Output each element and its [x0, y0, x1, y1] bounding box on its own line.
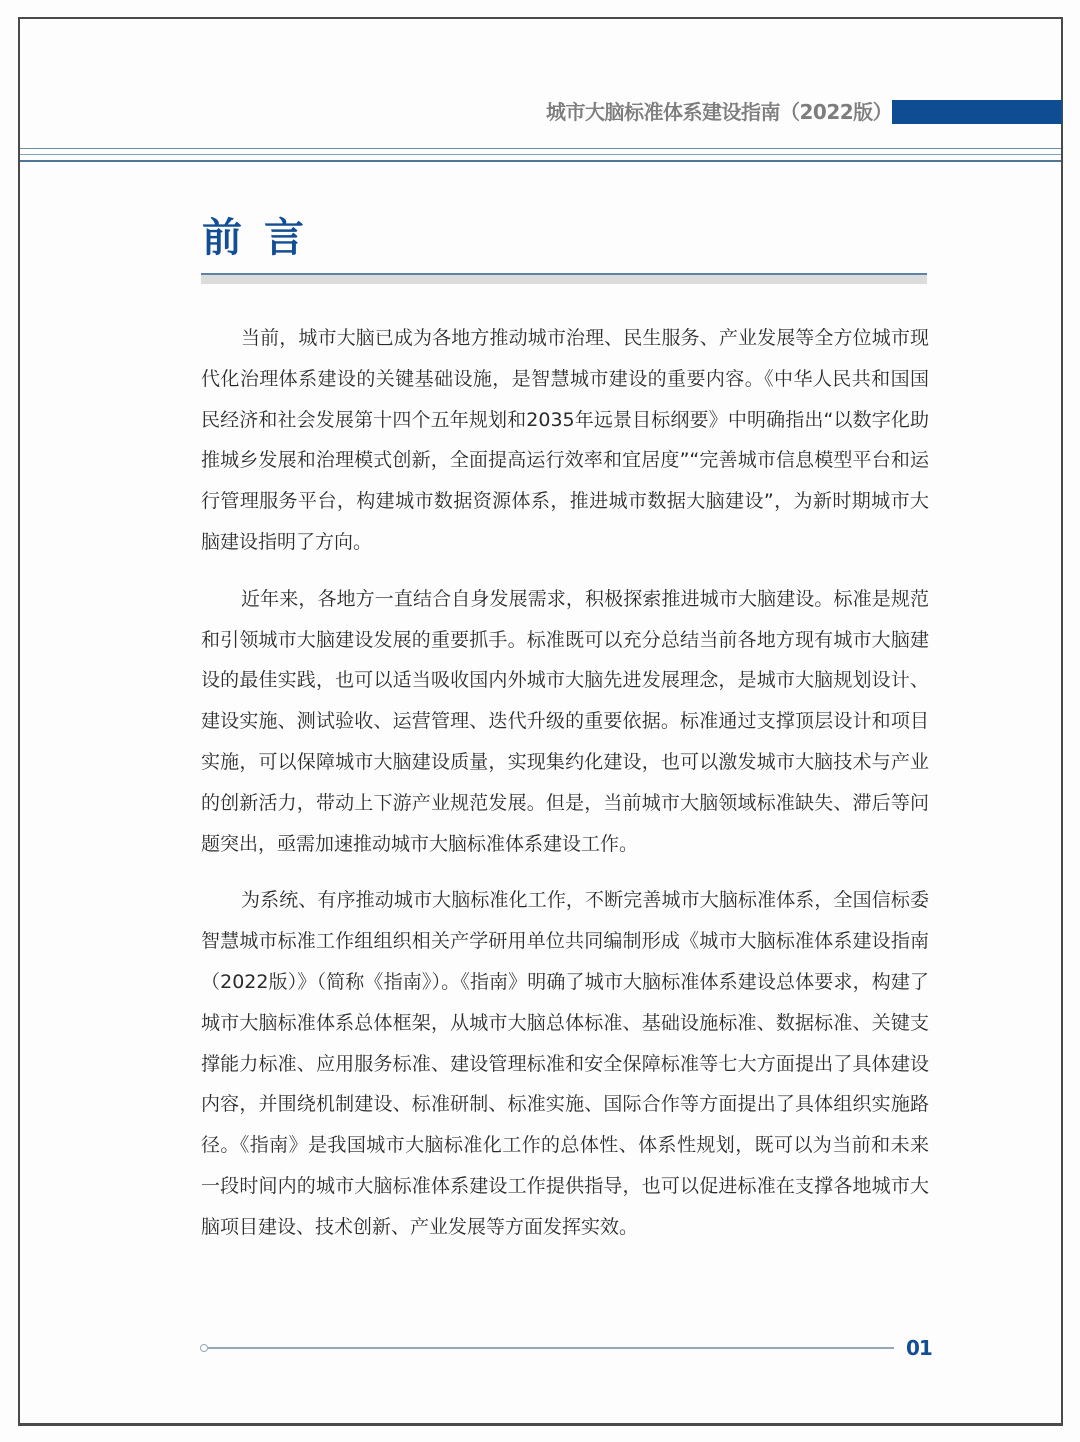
header-rule-2 — [20, 154, 1061, 155]
paragraph-3: 为系统、有序推动城市大脑标准化工作，不断完善城市大脑标准体系，全国信标委智慧城市… — [201, 880, 929, 1247]
page-title: 前言 — [202, 212, 326, 264]
paragraph-1: 当前，城市大脑已成为各地方推动城市治理、民生服务、产业发展等全方位城市现代化治理… — [201, 318, 929, 563]
header-rule-3 — [20, 160, 1061, 162]
footer-rule — [208, 1347, 894, 1349]
running-header-title: 城市大脑标准体系建设指南（2022版） — [546, 98, 892, 126]
page-number: 01 — [906, 1335, 932, 1361]
body-text: 当前，城市大脑已成为各地方推动城市治理、民生服务、产业发展等全方位城市现代化治理… — [201, 318, 929, 1264]
header-accent-bar — [892, 100, 1062, 124]
footer-circle-icon — [200, 1344, 208, 1352]
header-rule-1 — [20, 148, 1061, 149]
paragraph-2: 近年来，各地方一直结合自身发展需求，积极探索推进城市大脑建设。标准是规范和引领城… — [201, 579, 929, 865]
title-underline-band — [201, 275, 927, 284]
